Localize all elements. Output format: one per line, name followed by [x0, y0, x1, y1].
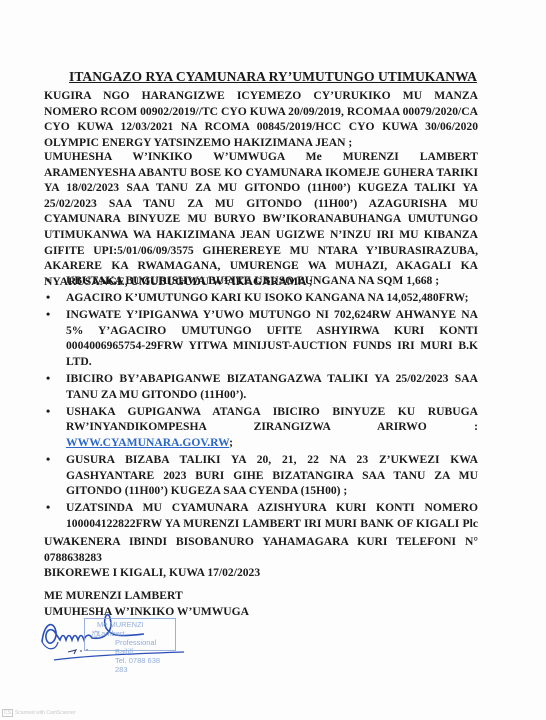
auction-details-list: UBUTAKA BUGURISHWA BUFITE UBUSO BUNGANA … [44, 273, 478, 549]
scanned-document-page: ITANGAZO RYA CYAMUNARA RY’UMUTUNGO UTIMU… [0, 0, 546, 720]
document-title: ITANGAZO RYA CYAMUNARA RY’UMUTUNGO UTIMU… [0, 69, 546, 85]
camscanner-logo-icon: CS [2, 709, 13, 717]
contact-paragraph: UWAKENERA IBINDI BISOBANURO YAHAMAGARA K… [44, 534, 478, 565]
scanner-watermark: CS Scanned with CamScanner [2, 709, 76, 717]
list-item: GUSURA BIZABA TALIKI YA 20, 21, 22 NA 23… [44, 452, 478, 499]
scales-of-justice-icon: ⚖ [91, 631, 101, 640]
cyamunara-website-link[interactable]: WWW.CYAMUNARA.GOV.RW [66, 436, 229, 449]
place-and-date: BIKOREWE I KIGALI, KUWA 17/02/2023 [44, 565, 478, 581]
watermark-text: Scanned with CamScanner [15, 710, 76, 716]
intro-paragraph: KUGIRA NGO HARANGIZWE ICYEMEZO CY’URUKIK… [44, 88, 478, 150]
bailiff-stamp: ⚖ Me MURENZI Lambert Professional Bailif… [84, 618, 176, 651]
list-item: AGACIRO K’UMUTUNGO KARI KU ISOKO KANGANA… [44, 290, 478, 306]
list-item: IBICIRO BY’ABAPIGANWE BIZATANGAZWA TALIK… [44, 371, 478, 402]
signatory-name: ME MURENZI LAMBERT [44, 588, 478, 604]
list-item: USHAKA GUPIGANWA ATANGA IBICIRO BINYUZE … [44, 404, 478, 451]
announcement-paragraph: UMUHESHA W’INKIKO W’UMWUGA Me MURENZI LA… [44, 149, 478, 289]
list-item: UBUTAKA BUGURISHWA BUFITE UBUSO BUNGANA … [44, 273, 478, 289]
list-item: INGWATE Y’IPIGANWA Y’UWO MUTUNGO NI 702,… [44, 307, 478, 369]
